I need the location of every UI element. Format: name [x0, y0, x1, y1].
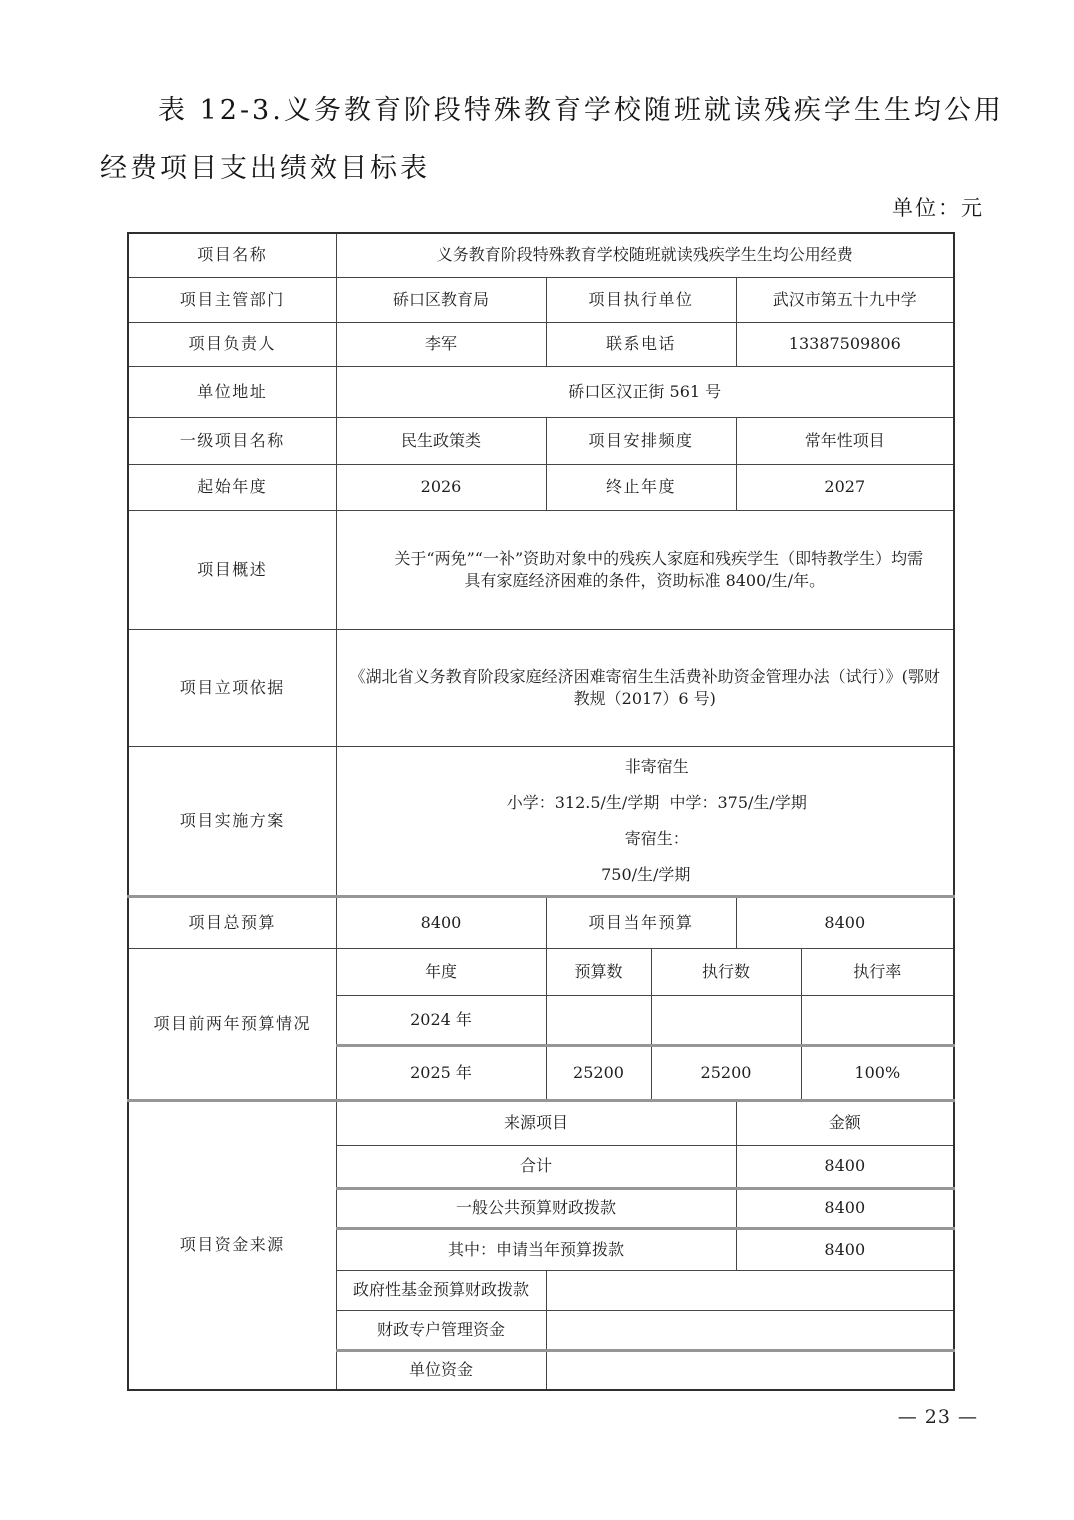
phone-value: 13387509806 — [736, 322, 954, 366]
funding-label: 项目资金来源 — [128, 1100, 336, 1390]
prev-2024-year: 2024 年 — [336, 995, 546, 1045]
prev-2024-rate — [801, 995, 954, 1045]
plan-line-2: 小学：312.5/生/学期 中学：375/生/学期 — [343, 785, 948, 821]
row-first-level: 一级项目名称 民生政策类 项目安排频度 常年性项目 — [128, 417, 954, 464]
address-value: 硚口区汉正街 561 号 — [336, 366, 954, 417]
plan-line-1: 非寄宿生 — [343, 749, 948, 785]
prev-years-header-rate: 执行率 — [801, 948, 954, 995]
funding-unit-amount — [546, 1350, 954, 1390]
competent-dept-label: 项目主管部门 — [128, 277, 336, 322]
funding-header-amount: 金额 — [736, 1100, 954, 1145]
year-budget-value: 8400 — [736, 896, 954, 948]
funding-unit-item: 单位资金 — [336, 1350, 546, 1390]
overview-line-2: 具有家庭经济困难的条件，资助标准 8400/生/年。 — [343, 570, 948, 592]
unit-label: 单位：元 — [892, 192, 984, 222]
prev-2024-budget — [546, 995, 651, 1045]
row-total-budget: 项目总预算 8400 项目当年预算 8400 — [128, 896, 954, 948]
funding-total-item: 合计 — [336, 1145, 736, 1188]
overview-line-1: 关于“两免”“一补”资助对象中的残疾人家庭和残疾学生（即特教学生）均需 — [343, 548, 948, 570]
leader-label: 项目负责人 — [128, 322, 336, 366]
first-level-value: 民生政策类 — [336, 417, 546, 464]
total-budget-value: 8400 — [336, 896, 546, 948]
row-plan: 项目实施方案 非寄宿生 小学：312.5/生/学期 中学：375/生/学期 寄宿… — [128, 746, 954, 896]
start-year-label: 起始年度 — [128, 464, 336, 510]
funding-special-amount — [546, 1310, 954, 1350]
row-overview: 项目概述 关于“两免”“一补”资助对象中的残疾人家庭和残疾学生（即特教学生）均需… — [128, 510, 954, 629]
plan-label: 项目实施方案 — [128, 746, 336, 896]
prev-years-header-year: 年度 — [336, 948, 546, 995]
performance-target-table: 项目名称 义务教育阶段特殊教育学校随班就读残疾学生生均公用经费 项目主管部门 硚… — [127, 232, 955, 1391]
project-name-label: 项目名称 — [128, 233, 336, 277]
row-project-name: 项目名称 义务教育阶段特殊教育学校随班就读残疾学生生均公用经费 — [128, 233, 954, 277]
row-basis: 项目立项依据 《湖北省义务教育阶段家庭经济困难寄宿生生活费补助资金管理办法（试行… — [128, 629, 954, 746]
exec-unit-value: 武汉市第五十九中学 — [736, 277, 954, 322]
row-leader: 项目负责人 李军 联系电话 13387509806 — [128, 322, 954, 366]
row-years: 起始年度 2026 终止年度 2027 — [128, 464, 954, 510]
page-number: — 23 — — [898, 1406, 978, 1428]
prev-2025-exec: 25200 — [651, 1045, 801, 1100]
total-budget-label: 项目总预算 — [128, 896, 336, 948]
funding-public-item: 一般公共预算财政拨款 — [336, 1188, 736, 1228]
prev-years-header-exec: 执行数 — [651, 948, 801, 995]
title-line-2: 经费项目支出绩效目标表 — [100, 140, 1000, 198]
prev-2025-budget: 25200 — [546, 1045, 651, 1100]
prev-2024-exec — [651, 995, 801, 1045]
overview-value: 关于“两免”“一补”资助对象中的残疾人家庭和残疾学生（即特教学生）均需 具有家庭… — [336, 510, 954, 629]
row-competent-dept: 项目主管部门 硚口区教育局 项目执行单位 武汉市第五十九中学 — [128, 277, 954, 322]
funding-special-item: 财政专户管理资金 — [336, 1310, 546, 1350]
first-level-label: 一级项目名称 — [128, 417, 336, 464]
basis-value: 《湖北省义务教育阶段家庭经济困难寄宿生生活费补助资金管理办法（试行）》(鄂财 教… — [336, 629, 954, 746]
funding-applied-amount: 8400 — [736, 1228, 954, 1270]
funding-header-item: 来源项目 — [336, 1100, 736, 1145]
title-line-1: 表 12-3.义务教育阶段特殊教育学校随班就读残疾学生生均公用 — [100, 82, 1000, 140]
prev-2025-year: 2025 年 — [336, 1045, 546, 1100]
document-title: 表 12-3.义务教育阶段特殊教育学校随班就读残疾学生生均公用 经费项目支出绩效… — [100, 82, 1000, 198]
funding-gov-fund-item: 政府性基金预算财政拨款 — [336, 1270, 546, 1310]
basis-line-2: 教规（2017）6 号) — [343, 688, 948, 710]
phone-label: 联系电话 — [546, 322, 736, 366]
end-year-label: 终止年度 — [546, 464, 736, 510]
prev-2025-rate: 100% — [801, 1045, 954, 1100]
plan-value: 非寄宿生 小学：312.5/生/学期 中学：375/生/学期 寄宿生： 750/… — [336, 746, 954, 896]
funding-applied-item: 其中：申请当年预算拨款 — [336, 1228, 736, 1270]
plan-line-3: 寄宿生： — [343, 821, 948, 857]
exec-unit-label: 项目执行单位 — [546, 277, 736, 322]
overview-label: 项目概述 — [128, 510, 336, 629]
plan-line-4: 750/生/学期 — [343, 857, 948, 893]
start-year-value: 2026 — [336, 464, 546, 510]
prev-years-header-budget: 预算数 — [546, 948, 651, 995]
basis-label: 项目立项依据 — [128, 629, 336, 746]
funding-gov-fund-amount — [546, 1270, 954, 1310]
row-funding-header: 项目资金来源 来源项目 金额 — [128, 1100, 954, 1145]
document-page: 表 12-3.义务教育阶段特殊教育学校随班就读残疾学生生均公用 经费项目支出绩效… — [0, 0, 1074, 1520]
row-address: 单位地址 硚口区汉正街 561 号 — [128, 366, 954, 417]
row-prev-years-header: 项目前两年预算情况 年度 预算数 执行数 执行率 — [128, 948, 954, 995]
prev-years-label: 项目前两年预算情况 — [128, 948, 336, 1100]
leader-value: 李军 — [336, 322, 546, 366]
end-year-value: 2027 — [736, 464, 954, 510]
funding-total-amount: 8400 — [736, 1145, 954, 1188]
basis-line-1: 《湖北省义务教育阶段家庭经济困难寄宿生生活费补助资金管理办法（试行）》(鄂财 — [343, 666, 948, 688]
competent-dept-value: 硚口区教育局 — [336, 277, 546, 322]
project-name-value: 义务教育阶段特殊教育学校随班就读残疾学生生均公用经费 — [336, 233, 954, 277]
address-label: 单位地址 — [128, 366, 336, 417]
funding-public-amount: 8400 — [736, 1188, 954, 1228]
frequency-label: 项目安排频度 — [546, 417, 736, 464]
frequency-value: 常年性项目 — [736, 417, 954, 464]
year-budget-label: 项目当年预算 — [546, 896, 736, 948]
